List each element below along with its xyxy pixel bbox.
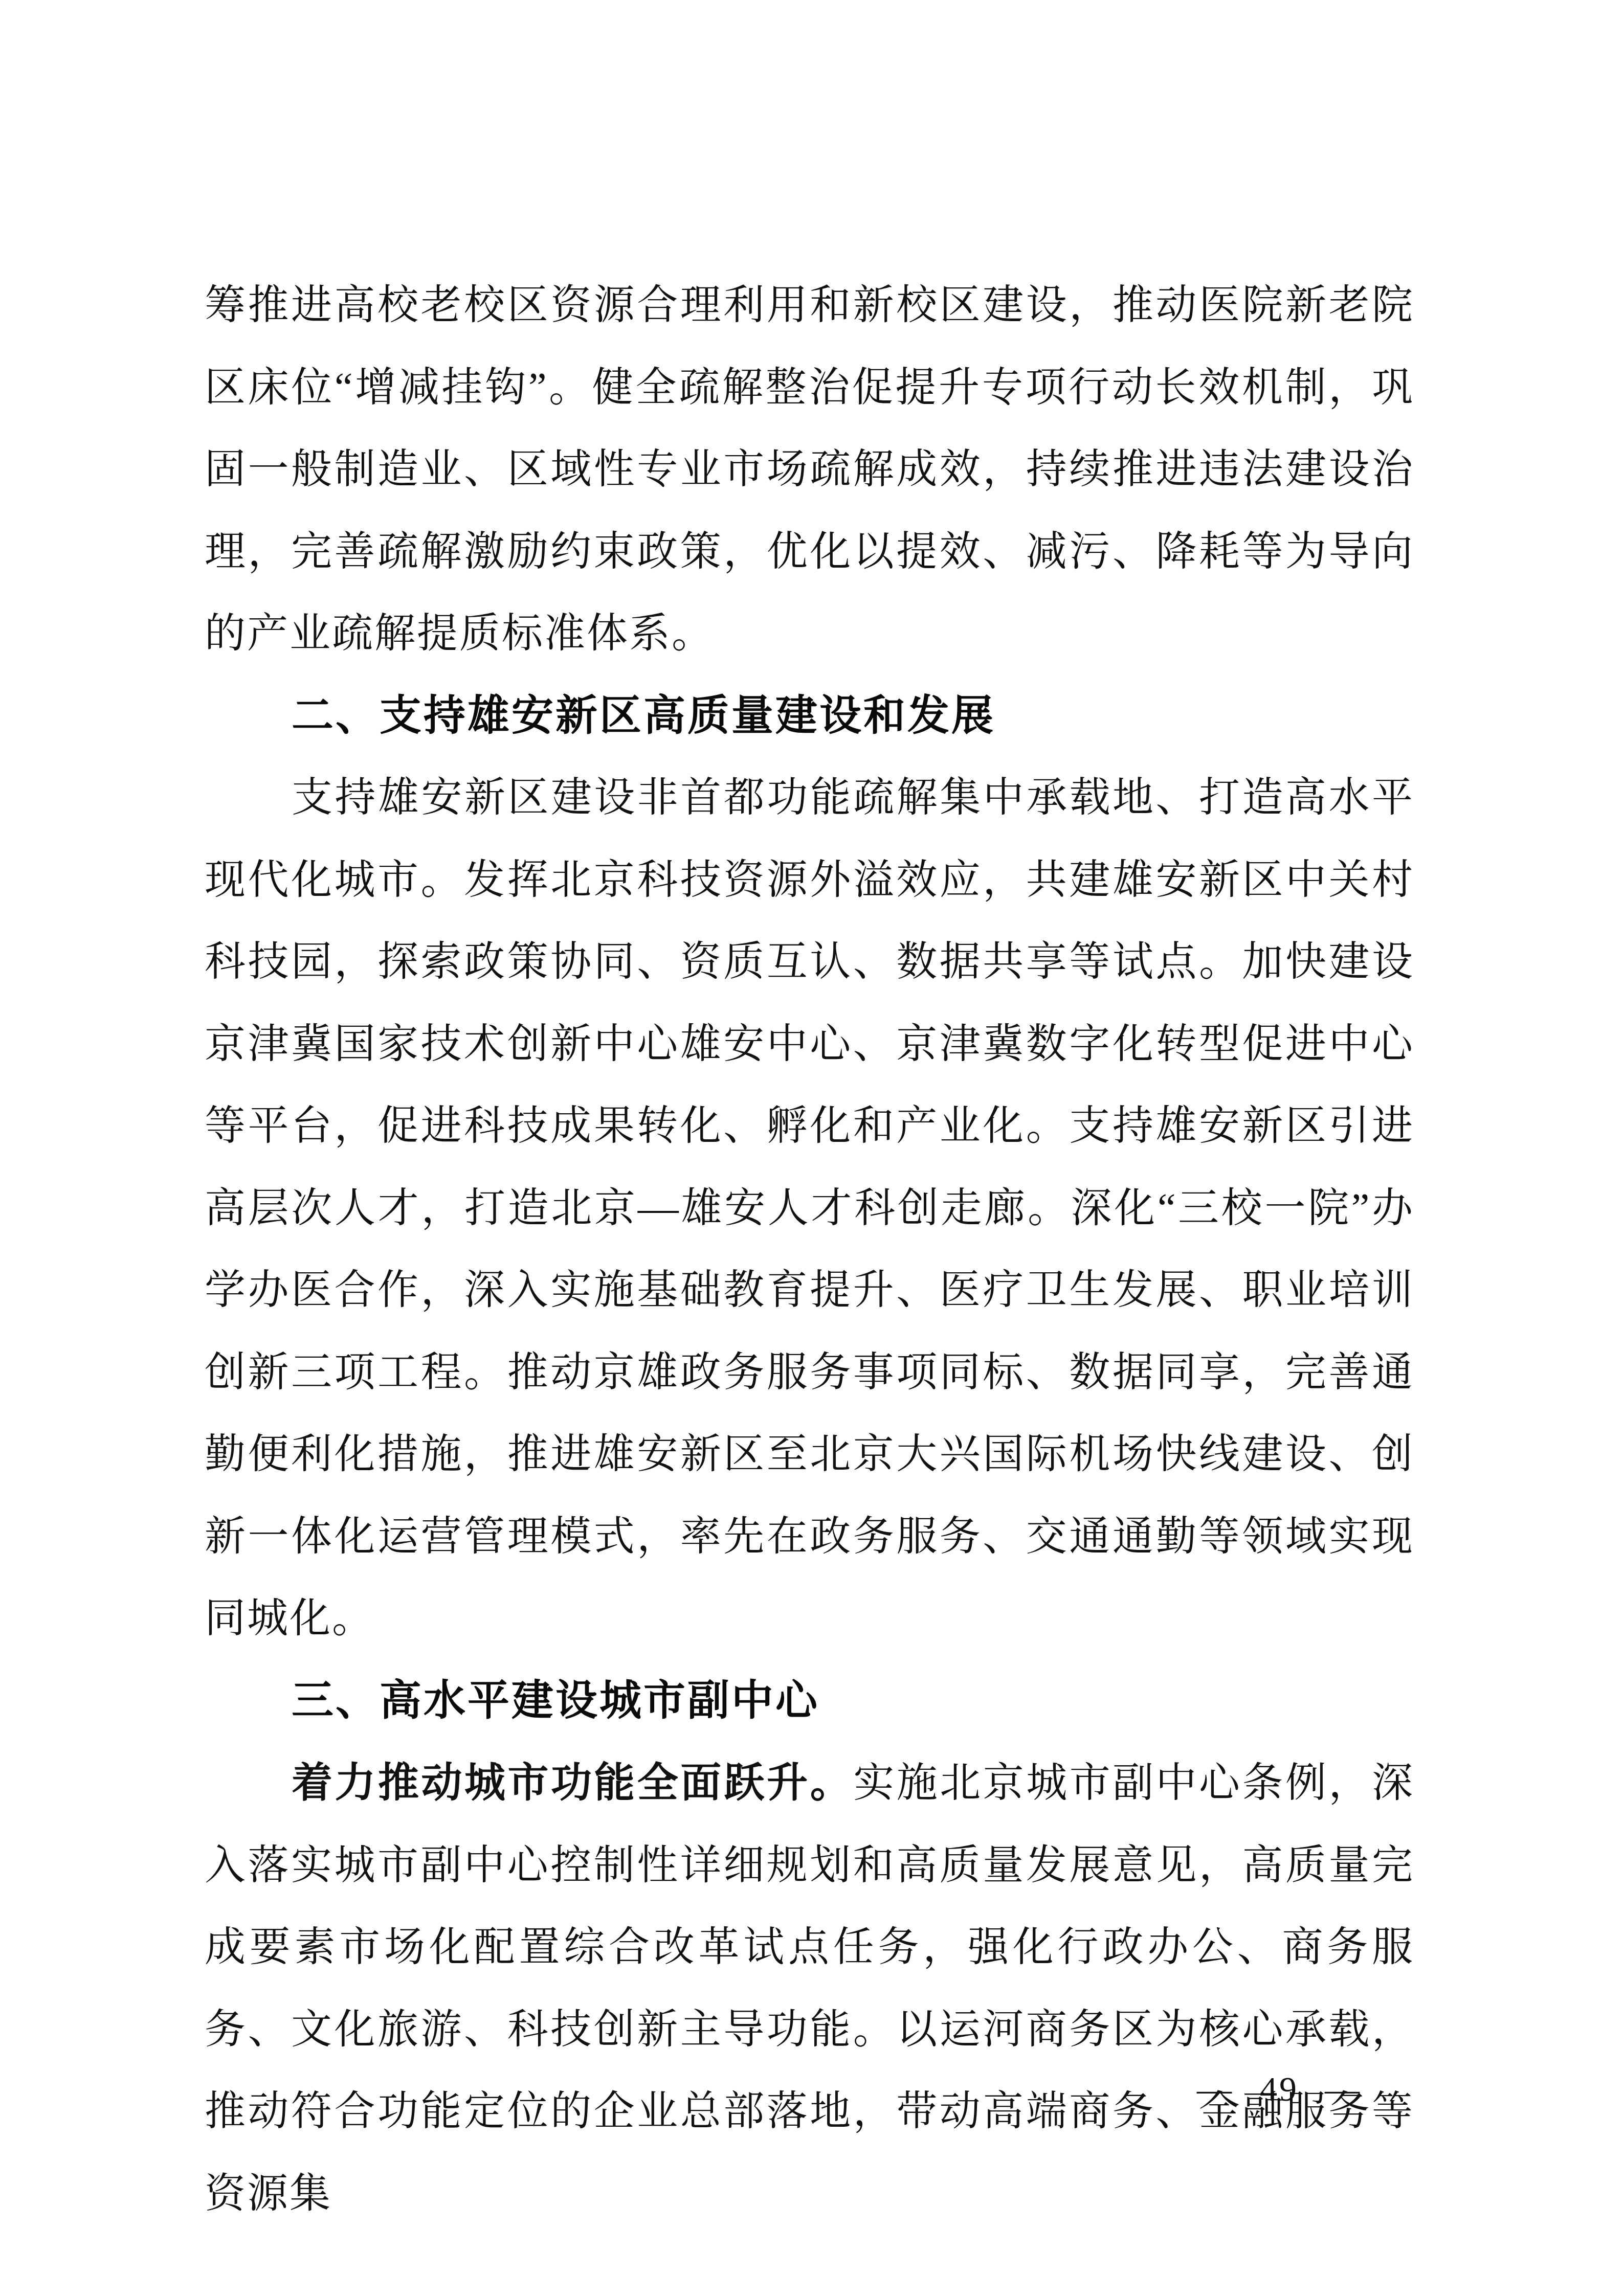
section-heading-2: 二、支持雄安新区高质量建设和发展 <box>205 675 1414 757</box>
paragraph-sub-center-rest: 实施北京城市副中心条例，深入落实城市副中心控制性详细规划和高质量发展意见，高质量… <box>205 1761 1414 2216</box>
page-number: — 49 — <box>1197 2061 1362 2117</box>
bold-lead-sentence: 着力推动城市功能全面跃升。 <box>292 1760 853 1805</box>
paragraph-continuation: 筹推进高校老校区资源合理利用和新校区建设，推动医院新老院区床位“增减挂钩”。健全… <box>205 264 1414 675</box>
document-text-block: 筹推进高校老校区资源合理利用和新校区建设，推动医院新老院区床位“增减挂钩”。健全… <box>205 264 1414 2235</box>
paragraph-sub-center: 着力推动城市功能全面跃升。实施北京城市副中心条例，深入落实城市副中心控制性详细规… <box>205 1742 1414 2235</box>
document-page: 筹推进高校老校区资源合理利用和新校区建设，推动医院新老院区床位“增减挂钩”。健全… <box>0 0 1624 2296</box>
paragraph-xiongan: 支持雄安新区建设非首都功能疏解集中承载地、打造高水平现代化城市。发挥北京科技资源… <box>205 757 1414 1660</box>
section-heading-3: 三、高水平建设城市副中心 <box>205 1660 1414 1742</box>
